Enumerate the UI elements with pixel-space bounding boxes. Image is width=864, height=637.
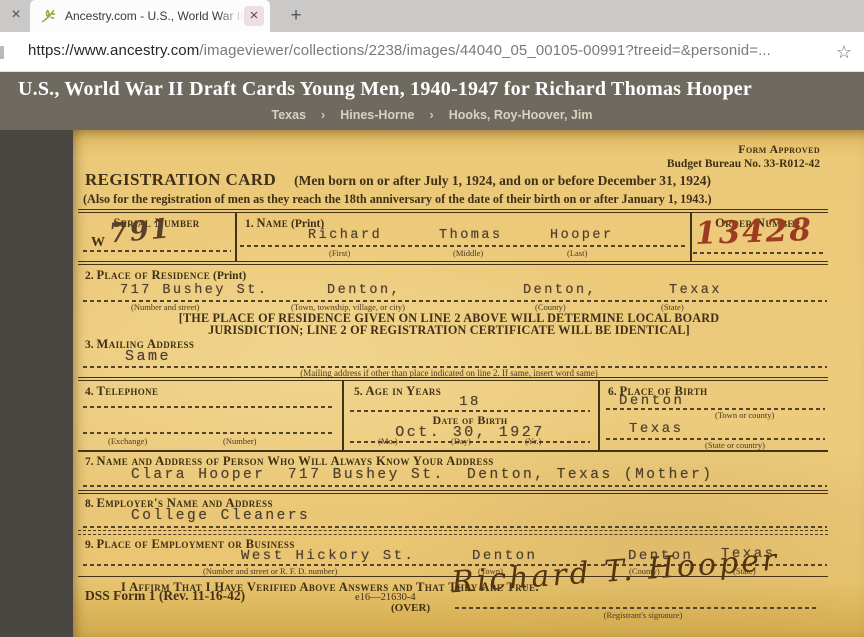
name-label-text: Name <box>257 216 289 230</box>
dotted-line <box>350 410 590 412</box>
telephone-label: 4. Telephone <box>85 384 158 399</box>
card-title-note: (Men born on or after July 1, 1924, and … <box>294 173 711 188</box>
birth-label-no: 6. <box>608 386 617 398</box>
sub-label-month: (Mo.) <box>378 436 398 446</box>
jurisdiction-notice-line2: JURISDICTION; LINE 2 OF REGISTRATION CER… <box>73 323 825 338</box>
chevron-right-icon: › <box>321 108 325 122</box>
contact-label-text: Name and Address of Person Who Will Alwa… <box>97 454 494 468</box>
birth-state-value: Texas <box>629 421 684 437</box>
dotted-line <box>83 485 827 487</box>
dotted-line <box>455 607 817 609</box>
bookmark-star-icon[interactable]: ☆ <box>833 41 855 63</box>
age-value: 18 <box>342 394 598 410</box>
name-label-no: 1. <box>245 218 254 230</box>
employer-value: College Cleaners <box>131 508 310 524</box>
tab-title: Ancestry.com - U.S., World War II <box>65 9 244 23</box>
rule <box>78 377 828 381</box>
serial-number-value: 791 <box>108 213 173 249</box>
address-url[interactable]: https://www.ancestry.com/imageviewer/col… <box>28 42 771 59</box>
contact-label-no: 7. <box>85 456 94 468</box>
sub-label-birth-town: (Town or county) <box>715 410 774 420</box>
tab-close-icon[interactable]: × <box>244 6 264 26</box>
url-path: /imageviewer/collections/2238/images/440… <box>199 42 771 59</box>
residence-county-value: Denton, <box>523 283 597 298</box>
residence-street-value: 717 Bushey St. <box>120 283 268 298</box>
card-title: REGISTRATION CARD <box>85 170 276 189</box>
image-viewer-stage: Form Approved Budget Bureau No. 33-R012-… <box>0 130 864 637</box>
employment-label-no: 9. <box>85 539 94 551</box>
contact-value: Clara Hooper 717 Bushey St. Denton, Texa… <box>131 467 713 483</box>
residence-label-text: Place of Residence <box>97 268 211 282</box>
mailing-label-no: 3. <box>85 339 94 351</box>
registrant-signature-sub-label: (Registrant's signature) <box>543 610 743 620</box>
telephone-label-no: 4. <box>85 386 94 398</box>
name-first-value: Richard <box>308 228 382 243</box>
rule <box>78 490 828 494</box>
draft-card-document[interactable]: Form Approved Budget Bureau No. 33-R012-… <box>73 130 864 637</box>
dotted-line <box>693 252 826 254</box>
residence-state-value: Texax <box>669 283 722 298</box>
sub-label-first: (First) <box>329 248 350 258</box>
form-number: DSS Form 1 (Rev. 11-16-42) <box>85 588 245 604</box>
form-number-rev: (Rev. 11-16-42) <box>159 588 245 603</box>
active-tab[interactable]: Ancestry.com - U.S., World War II × <box>30 0 270 32</box>
sub-label-day: (Day) <box>451 436 471 446</box>
name-middle-value: Thomas <box>439 228 503 243</box>
sub-label-employment-street: (Number and street or R. F. D. number) <box>203 566 337 576</box>
rule <box>78 530 828 535</box>
rule <box>78 209 828 213</box>
breadcrumb-item-range[interactable]: Hines-Horne <box>340 108 414 122</box>
sub-label-last: (Last) <box>567 248 587 258</box>
dotted-line <box>240 245 686 247</box>
rule <box>78 450 828 452</box>
ancestry-leaf-icon <box>40 8 57 25</box>
order-number-value: 13428 <box>694 212 813 252</box>
sub-label-middle: (Middle) <box>453 248 483 258</box>
name-last-value: Hooper <box>550 228 614 243</box>
dotted-line <box>83 250 231 252</box>
dotted-line <box>83 406 335 408</box>
breadcrumb-item-subrange[interactable]: Hooks, Roy-Hoover, Jim <box>449 108 593 122</box>
clipped-toolbar-icon <box>0 46 4 59</box>
breadcrumb-item-texas[interactable]: Texas <box>272 108 307 122</box>
previous-tab-close-icon[interactable]: × <box>6 5 26 25</box>
employment-street-value: West Hickory St. <box>241 548 415 564</box>
column-divider <box>598 381 600 450</box>
dotted-line <box>83 432 335 434</box>
mailing-value: Same <box>125 348 171 365</box>
breadcrumb: Texas › Hines-Horne › Hooks, Roy-Hoover,… <box>0 108 864 122</box>
residence-label-suffix: (Print) <box>213 270 246 282</box>
dotted-line <box>83 526 827 528</box>
sub-label-birth-state: (State or country) <box>705 440 765 450</box>
residence-label: 2. Place of Residence (Print) <box>85 268 246 283</box>
tab-bar: × Ancestry.com - U.S., World War II × + <box>0 0 864 32</box>
sub-label-year: (Yr.) <box>525 436 541 446</box>
url-bar[interactable]: https://www.ancestry.com/imageviewer/col… <box>0 32 864 72</box>
sub-label-number: (Number) <box>223 436 257 446</box>
sub-label-exchange: (Exchange) <box>108 436 147 446</box>
new-tab-button[interactable]: + <box>283 5 309 27</box>
url-domain: https://www.ancestry.com <box>28 42 199 59</box>
form-approved-block: Form Approved Budget Bureau No. 33-R012-… <box>667 142 820 171</box>
rule <box>78 261 828 265</box>
page-title: U.S., World War II Draft Cards Young Men… <box>18 78 752 101</box>
form-approved-line: Form Approved <box>667 142 820 157</box>
column-divider <box>235 213 237 261</box>
serial-prefix: W <box>91 235 105 251</box>
form-number-id: DSS Form 1 <box>85 588 156 603</box>
residence-label-no: 2. <box>85 270 94 282</box>
birth-town-value: Denton <box>619 393 684 409</box>
page-header: U.S., World War II Draft Cards Young Men… <box>0 72 864 130</box>
card-title-row: REGISTRATION CARD (Men born on or after … <box>85 170 711 190</box>
residence-town-value: Denton, <box>327 283 401 298</box>
over-label: (OVER) <box>391 602 430 614</box>
browser-window: × Ancestry.com - U.S., World War II × + … <box>0 0 864 637</box>
card-subtitle: (Also for the registration of men as the… <box>83 192 712 207</box>
telephone-label-text: Telephone <box>97 384 159 398</box>
chevron-right-icon: › <box>430 108 434 122</box>
employer-label-no: 8. <box>85 498 94 510</box>
